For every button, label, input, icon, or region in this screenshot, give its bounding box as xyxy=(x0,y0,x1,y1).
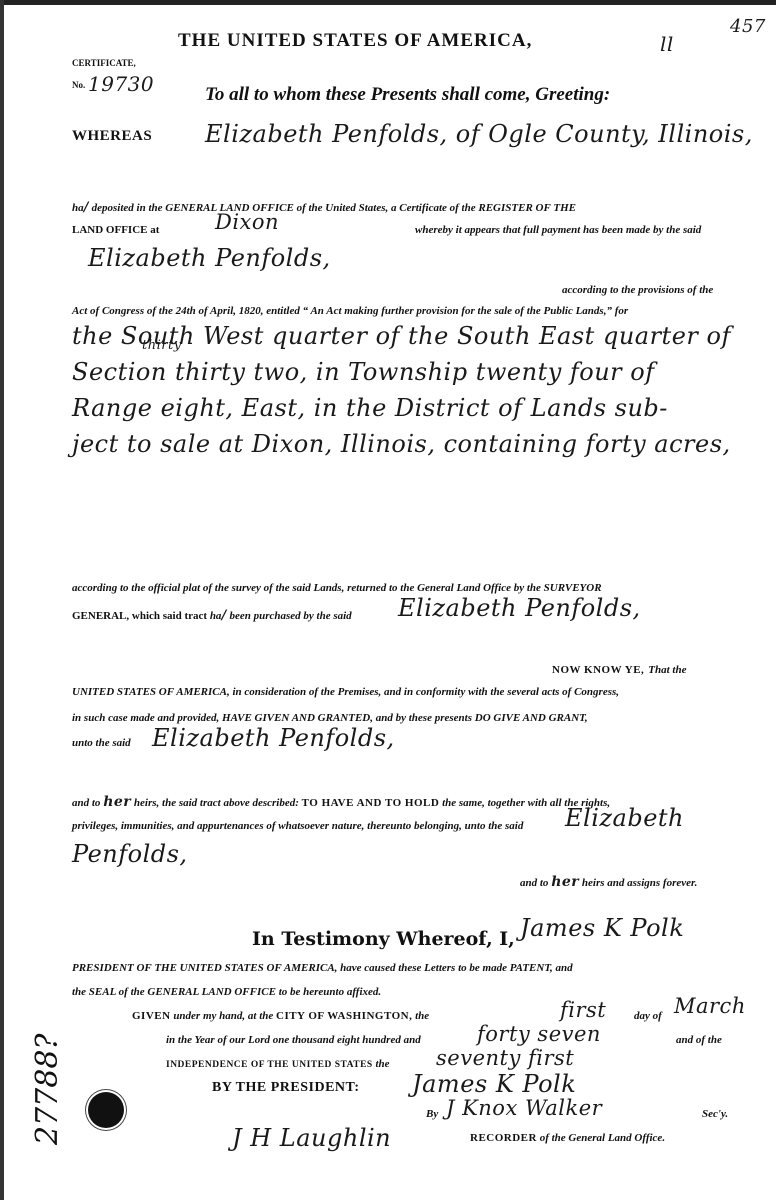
independence-year: seventy first xyxy=(436,1046,574,1070)
seal-icon xyxy=(88,1092,124,1128)
to-have-and-to-hold: TO HAVE AND TO HOLD xyxy=(302,797,440,809)
land-office-name: Dixon xyxy=(215,210,279,234)
day-of: day of xyxy=(634,1010,662,1022)
has-prefix: ha xyxy=(72,202,84,214)
unto-the-said: unto the said xyxy=(72,737,131,749)
and-of-the: and of the xyxy=(676,1034,722,1046)
testimony-heading: In Testimony Whereof, I, xyxy=(252,928,515,950)
land-description-line: ject to sale at Dixon, Illinois, contain… xyxy=(72,430,731,458)
act-of-congress-line: Act of Congress of the 24th of April, 18… xyxy=(72,305,628,317)
grantee-line: Elizabeth Penfolds, of Ogle County, Illi… xyxy=(205,120,753,148)
pronoun-her: her xyxy=(103,794,131,810)
general-which-tract: GENERAL, which said tract xyxy=(72,610,207,622)
month-value: March xyxy=(674,994,746,1018)
document-title: THE UNITED STATES OF AMERICA, xyxy=(178,30,532,52)
full-payment-line: whereby it appears that full payment has… xyxy=(415,224,701,236)
that-the: That the xyxy=(648,664,686,676)
and-to: and to xyxy=(520,877,548,889)
city-of-washington: CITY OF WASHINGTON, xyxy=(276,1010,412,1022)
number-label: No. xyxy=(72,80,85,90)
correction-annotation: thirty xyxy=(142,338,182,353)
consideration-line: UNITED STATES OF AMERICA, in considerati… xyxy=(72,686,619,698)
the-word: the xyxy=(415,1010,429,1022)
payer-name: Elizabeth Penfolds, xyxy=(88,244,331,272)
top-border xyxy=(0,0,776,5)
purchaser-name: Elizabeth Penfolds, xyxy=(398,594,641,622)
official-plat-line: according to the official plat of the su… xyxy=(72,582,602,594)
initials-annotation: ll xyxy=(660,32,674,56)
by-the-president-label: BY THE PRESIDENT: xyxy=(212,1080,360,1096)
checkmark-annotation: / xyxy=(221,608,226,623)
recorder-tail: of the General Land Office. xyxy=(540,1132,665,1144)
and-to: and to xyxy=(72,797,100,809)
land-office-label: LAND OFFICE at xyxy=(72,224,159,236)
the-word: the xyxy=(375,1058,389,1070)
pronoun-her: her xyxy=(551,874,579,890)
page-number-annotation: 457 xyxy=(730,16,766,37)
certificate-number: 19730 xyxy=(88,72,154,96)
grantee-first-name: Elizabeth xyxy=(565,804,684,832)
checkmark-annotation: / xyxy=(84,200,89,215)
whereas-label: WHEREAS xyxy=(72,128,152,145)
deposit-line: deposited in the GENERAL LAND OFFICE of … xyxy=(92,202,576,214)
land-description-line: Section thirty two, in Township twenty f… xyxy=(72,358,655,386)
provisions-line: according to the provisions of the xyxy=(562,284,713,296)
now-know-ye-label: NOW KNOW YE, xyxy=(552,664,644,676)
margin-document-number: 27788? xyxy=(30,1033,65,1145)
grantee-name: Elizabeth Penfolds, xyxy=(152,724,395,752)
has-word: ha xyxy=(210,610,222,622)
grantee-last-name: Penfolds, xyxy=(72,840,188,868)
year-value: forty seven xyxy=(477,1022,601,1046)
president-patent-line: PRESIDENT OF THE UNITED STATES OF AMERIC… xyxy=(72,962,573,974)
certificate-label: CERTIFICATE, xyxy=(72,58,136,68)
independence-label: INDEPENDENCE OF THE UNITED STATES xyxy=(166,1060,373,1070)
day-value: first xyxy=(560,998,606,1022)
recorder-signature: J H Laughlin xyxy=(232,1124,391,1152)
president-signature: James K Polk xyxy=(520,914,684,942)
secretary-signature: J Knox Walker xyxy=(446,1096,602,1120)
year-text: in the Year of our Lord one thousand eig… xyxy=(166,1034,421,1046)
purchased-by-line: been purchased by the said xyxy=(229,610,351,622)
land-description-line: Range eight, East, in the District of La… xyxy=(72,394,668,422)
greeting: To all to whom these Presents shall come… xyxy=(205,84,610,106)
by-president-signature: James K Polk xyxy=(412,1070,576,1098)
heirs-tract: heirs, the said tract above described: xyxy=(134,797,299,809)
by-word: By xyxy=(426,1108,438,1120)
heirs-assigns: heirs and assigns forever. xyxy=(582,877,698,889)
secretary-label: Sec'y. xyxy=(702,1108,728,1120)
seal-line: the SEAL of the GENERAL LAND OFFICE to b… xyxy=(72,986,381,998)
left-border xyxy=(0,0,4,1200)
recorder-label: RECORDER xyxy=(470,1132,537,1144)
given-label: GIVEN xyxy=(132,1010,171,1022)
privileges-line: privileges, immunities, and appurtenance… xyxy=(72,820,523,832)
given-text: under my hand, at the xyxy=(173,1010,273,1022)
given-granted-line: in such case made and provided, HAVE GIV… xyxy=(72,712,588,724)
